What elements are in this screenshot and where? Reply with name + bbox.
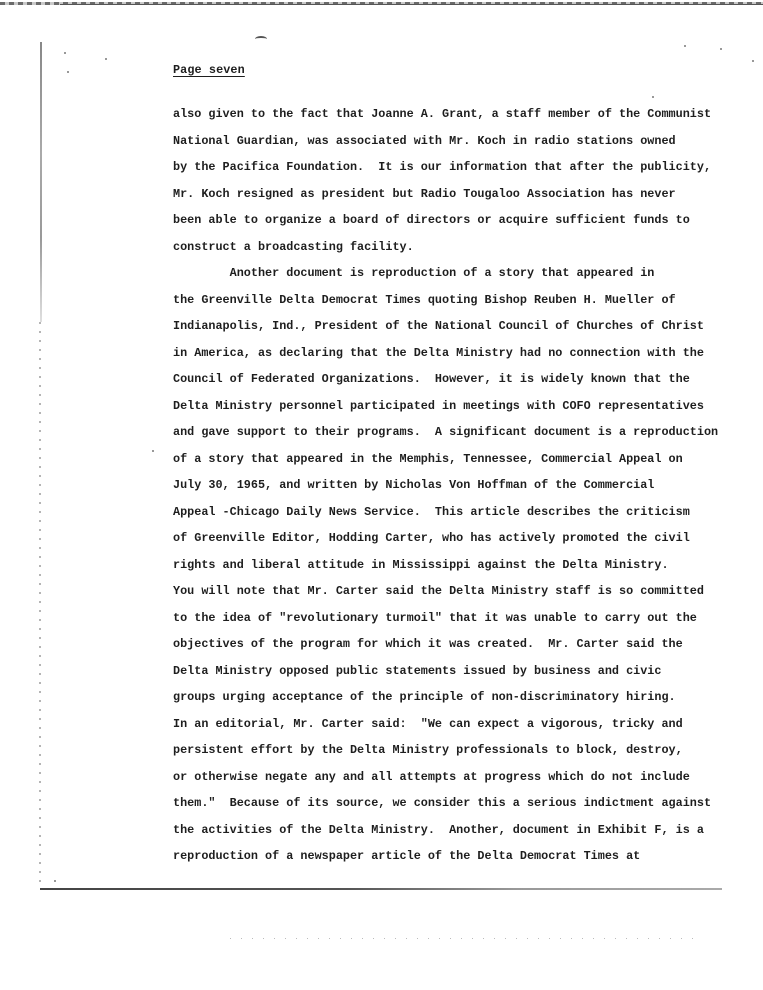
bottom-divider-rule: [40, 888, 722, 890]
page-heading: Page seven: [173, 62, 733, 78]
text-line: rights and liberal attitude in Mississip…: [173, 552, 718, 579]
scan-speckle-line: [230, 938, 700, 939]
text-line: reproduction of a newspaper article of t…: [173, 843, 718, 870]
text-line: to the idea of "revolutionary turmoil" t…: [173, 605, 718, 632]
scan-top-edge-line: [60, 4, 763, 5]
text-line: of a story that appeared in the Memphis,…: [173, 446, 718, 473]
text-line: Indianapolis, Ind., President of the Nat…: [173, 313, 718, 340]
scan-speck: [105, 58, 107, 60]
text-line: objectives of the program for which it w…: [173, 631, 718, 658]
scan-artifact-mark: [255, 36, 267, 42]
text-line: In an editorial, Mr. Carter said: "We ca…: [173, 711, 718, 738]
text-line: also given to the fact that Joanne A. Gr…: [173, 101, 718, 128]
scan-left-margin-line: [40, 42, 42, 322]
scan-speck: [720, 48, 722, 50]
document-page: Page seven also given to the fact that J…: [173, 62, 733, 78]
scan-left-margin-dots: [39, 322, 41, 887]
text-line: Appeal -Chicago Daily News Service. This…: [173, 499, 718, 526]
text-line: Delta Ministry personnel participated in…: [173, 393, 718, 420]
scan-speck: [64, 52, 66, 54]
text-line: in America, as declaring that the Delta …: [173, 340, 718, 367]
text-line: construct a broadcasting facility.: [173, 234, 718, 261]
body-text: also given to the fact that Joanne A. Gr…: [173, 101, 718, 870]
text-line: been able to organize a board of directo…: [173, 207, 718, 234]
text-line: Council of Federated Organizations. Howe…: [173, 366, 718, 393]
scan-speck: [652, 96, 654, 98]
text-line: of Greenville Editor, Hodding Carter, wh…: [173, 525, 718, 552]
text-line: and gave support to their programs. A si…: [173, 419, 718, 446]
scan-speck: [752, 60, 754, 62]
text-line: the Greenville Delta Democrat Times quot…: [173, 287, 718, 314]
scan-speck: [684, 45, 686, 47]
scan-speck: [67, 71, 69, 73]
text-line: them." Because of its source, we conside…: [173, 790, 718, 817]
text-line: persistent effort by the Delta Ministry …: [173, 737, 718, 764]
text-line: You will note that Mr. Carter said the D…: [173, 578, 718, 605]
text-line: July 30, 1965, and written by Nicholas V…: [173, 472, 718, 499]
scan-speck: [54, 880, 56, 882]
text-line: the activities of the Delta Ministry. An…: [173, 817, 718, 844]
text-line: groups urging acceptance of the principl…: [173, 684, 718, 711]
scan-speck: [152, 450, 154, 452]
text-line: Another document is reproduction of a st…: [173, 260, 718, 287]
text-line: or otherwise negate any and all attempts…: [173, 764, 718, 791]
text-line: Delta Ministry opposed public statements…: [173, 658, 718, 685]
text-line: by the Pacifica Foundation. It is our in…: [173, 154, 718, 181]
text-line: National Guardian, was associated with M…: [173, 128, 718, 155]
text-line: Mr. Koch resigned as president but Radio…: [173, 181, 718, 208]
